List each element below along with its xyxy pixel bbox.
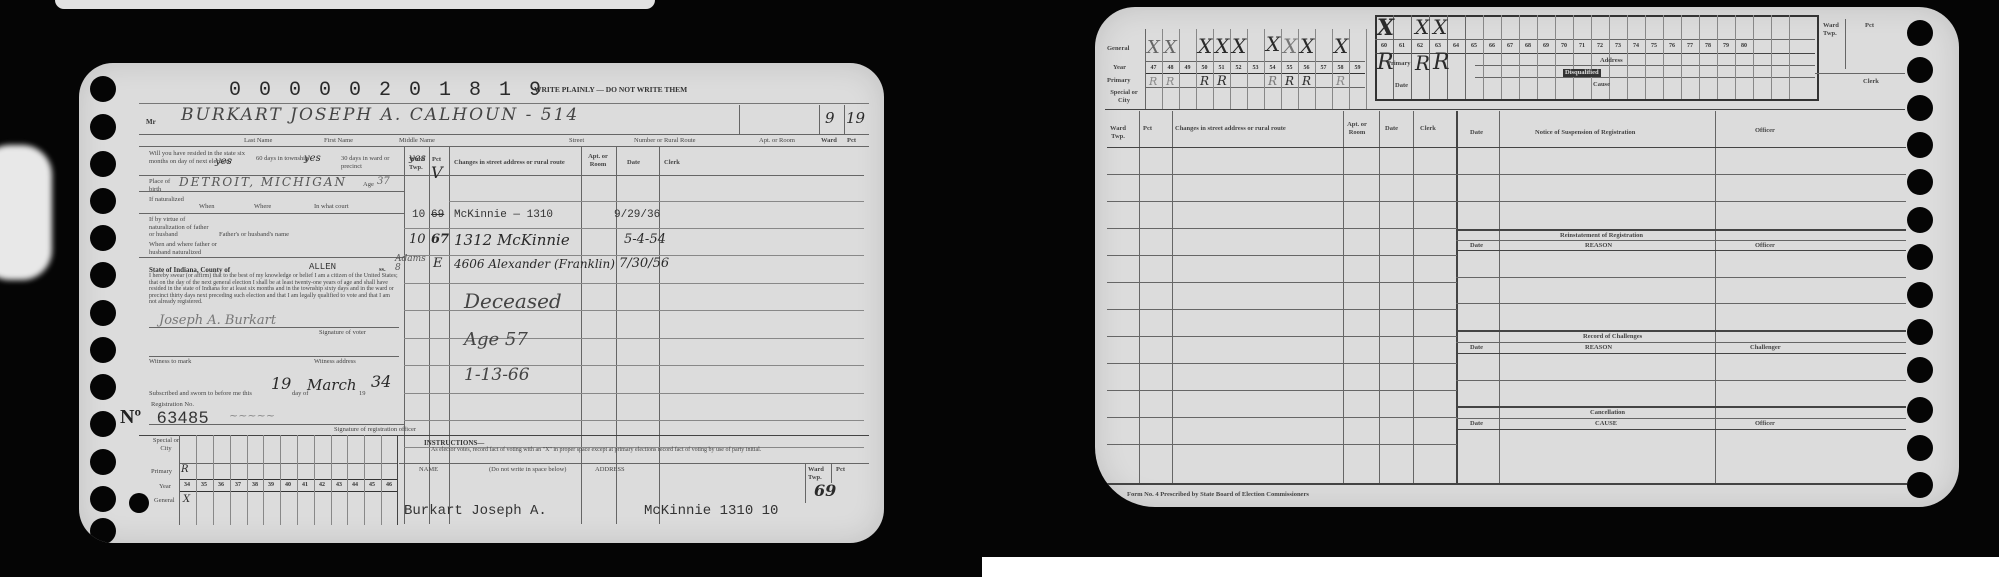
reinstatement-header-date: Date <box>1470 242 1483 250</box>
serial-number: 0 0 0 0 0 2 0 1 8 1 9 <box>229 79 544 102</box>
year-cell: 62 <box>1411 43 1429 49</box>
year-cell: 74 <box>1627 43 1645 49</box>
boxed-label-ward: Ward Twp. <box>1823 22 1845 37</box>
year-cell: 54 <box>1264 65 1281 71</box>
registration-card-front: 0 0 0 0 0 2 0 1 8 1 9 WRITE PLAINLY — DO… <box>79 63 884 543</box>
general-mark: X <box>1266 32 1280 56</box>
instructions-pct-label: Pct <box>836 466 845 474</box>
change-row-2-pct: 67 <box>431 232 449 247</box>
punch-hole <box>1907 472 1933 498</box>
year-cell: 35 <box>196 482 212 488</box>
changes-header-date: Date <box>627 159 640 167</box>
year-cell: 69 <box>1537 43 1555 49</box>
age-value: 37 <box>377 176 390 187</box>
subscribed-day: 19 <box>271 374 291 393</box>
punch-hole <box>1907 95 1933 121</box>
year-cell: 34 <box>179 482 195 488</box>
question-state-residence: Will you have resided in the state six m… <box>149 150 249 165</box>
year-cell: 36 <box>213 482 229 488</box>
grid-label-special: Special or City <box>1109 89 1139 104</box>
instructions-heading: INSTRUCTIONS— <box>424 439 484 447</box>
adjacent-card-edge-top <box>55 0 655 9</box>
punch-hole <box>1907 397 1933 423</box>
instructions-name-label: NAME <box>419 466 438 474</box>
punch-hole <box>90 188 116 214</box>
year-cell: 48 <box>1162 65 1179 71</box>
punch-hole <box>1907 244 1933 270</box>
grid-label-general: General <box>154 497 175 505</box>
question-ward-residence: 30 days in ward or precinct <box>341 155 403 170</box>
registration-officer-signature: ~~~~~ <box>229 409 275 422</box>
label-street: Street <box>569 137 584 145</box>
year-cell: 73 <box>1609 43 1627 49</box>
subscribed-year: 34 <box>371 372 391 391</box>
boxed-mark: X <box>1377 15 1394 41</box>
changes-header-apt: Apt. or Room <box>587 153 609 168</box>
year-cell: 80 <box>1735 43 1753 49</box>
change-row-1-address: McKinnie — 1310 <box>454 209 553 221</box>
primary-mark: R <box>1217 74 1227 89</box>
primary-mark: R <box>1166 75 1174 88</box>
general-mark: X <box>1164 37 1177 58</box>
change-row-2-date: 5-4-54 <box>624 232 666 247</box>
year-cell: 64 <box>1447 43 1465 49</box>
year-cell: 38 <box>247 482 263 488</box>
pct-value: 19 <box>846 109 865 127</box>
year-cell: 65 <box>1465 43 1483 49</box>
year-cell: 77 <box>1681 43 1699 49</box>
cancellation-header-cause: CAUSE <box>1595 420 1617 428</box>
punch-hole <box>1907 57 1933 83</box>
year-cell: 40 <box>280 482 296 488</box>
general-mark: X <box>1232 34 1246 58</box>
typed-voter-address: McKinnie 1310 10 <box>644 503 778 519</box>
reinstatement-header-officer: Officer <box>1755 242 1775 250</box>
note-deceased: Deceased <box>464 289 562 313</box>
year-cell: 55 <box>1281 65 1298 71</box>
punch-hole <box>1907 357 1933 383</box>
signature-voter-label: Signature of voter <box>319 329 366 337</box>
boxed-mark: X <box>1415 15 1429 39</box>
voter-signature: Joseph A. Burkart <box>159 313 276 328</box>
punch-hole <box>90 518 116 543</box>
title-prefix: Mr <box>146 118 156 126</box>
answer-state-residence: yes <box>215 156 232 167</box>
year-cell: 51 <box>1213 65 1230 71</box>
suspension-header-officer: Officer <box>1755 127 1775 135</box>
punch-hole <box>90 114 116 140</box>
punch-hole <box>90 337 116 363</box>
grid-label-year: Year <box>159 483 171 491</box>
year-cell: 58 <box>1332 65 1349 71</box>
punch-hole <box>1907 20 1933 46</box>
year-cell: 56 <box>1298 65 1315 71</box>
boxed-mark: X <box>1433 15 1447 39</box>
change-row-2-address: 1312 McKinnie <box>454 231 570 249</box>
general-mark: X <box>1198 34 1212 58</box>
reinstatement-title: Reinstatement of Registration <box>1560 232 1643 240</box>
witness-address-label: Witness address <box>314 358 356 366</box>
punch-hole <box>1907 169 1933 195</box>
punch-hole <box>90 262 116 288</box>
registration-number: 63485 <box>157 408 209 428</box>
instructions-address-label: ADDRESS <box>595 466 625 474</box>
year-cell: 41 <box>297 482 313 488</box>
general-mark-1934: X <box>183 494 190 505</box>
back-changes-header-clerk: Clerk <box>1420 125 1436 133</box>
naturalized-when: When <box>199 203 215 211</box>
label-ward: Ward <box>821 137 837 145</box>
cancellation-title: Cancellation <box>1590 409 1625 417</box>
punch-hole <box>90 76 116 102</box>
year-cell: 63 <box>1429 43 1447 49</box>
back-changes-header-address: Changes in street address or rural route <box>1175 125 1286 133</box>
boxed-label-address: Address <box>1600 57 1623 65</box>
year-cell: 72 <box>1591 43 1609 49</box>
boxed-label-date: Date <box>1395 82 1408 90</box>
punch-hole <box>90 411 116 437</box>
primary-mark: R <box>1336 74 1345 88</box>
punch-hole <box>1907 132 1933 158</box>
registration-card-back: General Year Primary Special or City 47 … <box>1095 7 1959 507</box>
punch-hole-small <box>129 493 149 513</box>
naturalized-label: If naturalized <box>149 196 189 204</box>
blank-region-bottom <box>982 557 1999 577</box>
change-row-3-date: 7/30/56 <box>619 256 669 271</box>
punch-hole <box>1907 435 1933 461</box>
subscribed-label: Subscribed and sworn to before me this <box>149 390 252 398</box>
back-changes-header-date: Date <box>1385 125 1398 133</box>
oath-text: I hereby swear (or affirm) that to the b… <box>149 273 399 306</box>
registration-officer-label: Signature of registration officer <box>334 426 416 434</box>
punch-hole <box>90 225 116 251</box>
answer-township-residence: yes <box>304 153 321 164</box>
year-cell: 49 <box>1179 65 1196 71</box>
primary-mark: R <box>1268 74 1277 88</box>
punch-hole <box>90 151 116 177</box>
name-line-handwritten: BURKART JOSEPH A. CALHOUN - 514 <box>181 105 579 125</box>
punch-hole <box>1907 319 1933 345</box>
change-row-1-ward: 10 <box>412 209 425 221</box>
challenges-title: Record of Challenges <box>1583 333 1642 341</box>
grid-label-special: Special or City <box>151 437 181 452</box>
instructions-space-note: (Do not write in space below) <box>489 466 566 474</box>
back-changes-header-apt: Apt. or Room <box>1345 121 1369 136</box>
year-cell: 67 <box>1501 43 1519 49</box>
boxed-label-clerk: Clerk <box>1863 78 1879 86</box>
year-cell: 76 <box>1663 43 1681 49</box>
boxed-label-disqualified: Disqualified <box>1563 69 1601 77</box>
label-apt: Apt. or Room <box>759 137 795 145</box>
change-row-3-ward: Adams 8 <box>395 255 417 273</box>
year-cell: 70 <box>1555 43 1573 49</box>
year-cell: 66 <box>1483 43 1501 49</box>
general-mark: X <box>1283 34 1297 58</box>
primary-mark-1936: R <box>181 464 189 475</box>
year-cell: 75 <box>1645 43 1663 49</box>
year-cell: 37 <box>230 482 246 488</box>
note-death-date: 1-13-66 <box>464 365 530 385</box>
challenges-header-challenger: Challenger <box>1750 344 1781 352</box>
primary-mark: R <box>1200 74 1209 88</box>
year-cell: 42 <box>314 482 330 488</box>
punch-hole <box>1907 282 1933 308</box>
year-cell: 71 <box>1573 43 1591 49</box>
primary-mark: R <box>1285 74 1294 88</box>
label-first-name: First Name <box>324 137 353 145</box>
changes-header-address: Changes in street address or rural route <box>454 159 565 167</box>
year-cell: 57 <box>1315 65 1332 71</box>
grid-label-general: General <box>1107 45 1129 53</box>
label-pct: Pct <box>847 137 856 145</box>
typed-voter-name: Burkart Joseph A. <box>404 503 547 519</box>
year-cell: 61 <box>1393 43 1411 49</box>
year-cell: 44 <box>347 482 363 488</box>
oath-county: ALLEN <box>309 262 336 272</box>
year-cell: 39 <box>263 482 279 488</box>
label-last-name: Last Name <box>244 137 272 145</box>
year-cell: 59 <box>1349 65 1366 71</box>
grid-label-primary: Primary <box>1107 77 1130 85</box>
naturalized-court: In what court <box>314 203 349 211</box>
subscribed-month: March <box>307 376 357 394</box>
father-husband-name-label: Father's or husband's name <box>219 231 289 239</box>
ward-value: 9 <box>825 109 835 127</box>
primary-mark: R <box>1302 74 1311 88</box>
witness-mark-label: Witness to mark <box>149 358 191 366</box>
father-husband-label: If by virtue of naturalization of father… <box>149 216 209 239</box>
punch-hole <box>90 486 116 512</box>
typed-voter-pct: 69 <box>814 481 836 500</box>
cancellation-header-officer: Officer <box>1755 420 1775 428</box>
grid-label-primary: Primary <box>151 468 172 476</box>
year-cell: 53 <box>1247 65 1264 71</box>
general-mark: X <box>1147 37 1160 58</box>
punch-hole <box>90 449 116 475</box>
registration-no-prefix: Nº <box>120 406 141 429</box>
challenges-header-date: Date <box>1470 344 1483 352</box>
year-cell: 79 <box>1717 43 1735 49</box>
changes-header-clerk: Clerk <box>664 159 680 167</box>
age-label: Age <box>363 181 374 189</box>
punch-hole <box>90 300 116 326</box>
year-cell: 60 <box>1375 43 1393 49</box>
challenges-header-reason: REASON <box>1585 344 1612 352</box>
boxed-label-cause: Cause <box>1593 81 1610 89</box>
suspension-header-date: Date <box>1470 129 1483 137</box>
change-row-1-date: 9/29/36 <box>614 209 660 221</box>
instructions-text: As elector votes, record fact of voting … <box>431 447 841 454</box>
subscribed-day-of: day of <box>292 390 308 398</box>
form-footer: Form No. 4 Prescribed by State Board of … <box>1127 491 1309 499</box>
year-cell: 46 <box>381 482 397 488</box>
instructions-ward-label: Ward Twp. <box>808 466 830 481</box>
boxed-mark: R <box>1433 50 1450 75</box>
primary-mark: R <box>1149 75 1157 88</box>
subscribed-year-prefix: 19 <box>359 390 366 398</box>
general-mark: X <box>1300 34 1314 58</box>
change-row-3-address: 4606 Alexander (Franklin) <box>454 257 615 271</box>
year-cell: 78 <box>1699 43 1717 49</box>
changes-header-ward: Ward Twp. <box>409 156 429 171</box>
year-cell: 68 <box>1519 43 1537 49</box>
change-row-3-pct: E <box>433 256 443 271</box>
grid-label-year: Year <box>1113 64 1126 72</box>
header-notice: WRITE PLAINLY — DO NOT WRITE THEM <box>534 86 687 94</box>
boxed-label-pct: Pct <box>1865 22 1874 30</box>
year-cell: 45 <box>364 482 380 488</box>
punch-hole <box>90 374 116 400</box>
general-mark: X <box>1334 34 1348 58</box>
cancellation-header-date: Date <box>1470 420 1483 428</box>
note-age: Age 57 <box>464 329 528 350</box>
reinstatement-header-reason: REASON <box>1585 242 1612 250</box>
back-changes-header-pct: Pct <box>1143 125 1152 133</box>
year-cell: 43 <box>331 482 347 488</box>
naturalized-where: Where <box>254 203 271 211</box>
year-cell: 52 <box>1230 65 1247 71</box>
year-cell: 50 <box>1196 65 1213 71</box>
label-middle-name: Middle Name <box>399 137 435 145</box>
change-row-2-ward: 10 <box>409 232 426 247</box>
suspension-header-notice: Notice of Suspension of Registration <box>1535 129 1635 137</box>
label-number: Number or Rural Route <box>634 137 696 145</box>
general-mark: X <box>1215 34 1229 58</box>
father-husband-naturalized: When and where father or husband natural… <box>149 241 224 256</box>
adjacent-card-edge-left <box>0 145 52 280</box>
year-cell: 47 <box>1145 65 1162 71</box>
birth-place: DETROIT, MICHIGAN <box>179 175 347 189</box>
change-row-1-pct: 69 <box>431 209 444 221</box>
pct-check-mark: V <box>431 163 443 182</box>
boxed-mark: R <box>1415 51 1430 75</box>
back-changes-header-ward: Ward Twp. <box>1107 125 1129 140</box>
boxed-label-primary: Primary <box>1387 60 1410 68</box>
punch-hole <box>1907 207 1933 233</box>
